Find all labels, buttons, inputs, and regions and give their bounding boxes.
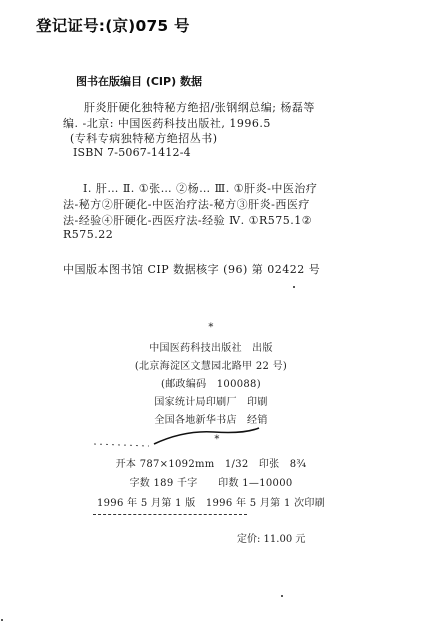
- postcode-line: (邮政编码 100088): [0, 375, 422, 390]
- address-line: (北京海淀区文慧园北路甲 22 号): [0, 357, 422, 372]
- cip-subject-line-2: 法-秘方②肝硬化-中医治疗法-秘方③肝炎-西医疗: [63, 196, 310, 212]
- format-line: 开本 787×1092mm 1/32 印张 8¾: [0, 455, 422, 470]
- isbn: ISBN 7-5067-1412-4: [73, 146, 191, 159]
- divider-rule: [93, 514, 247, 515]
- cip-subject-line-4: R575.22: [63, 228, 113, 241]
- publisher-line: 中国医药科技出版社 出版: [0, 339, 422, 354]
- cip-subject-line-3: 法-经验④肝硬化-西医疗法-经验 Ⅳ. ①R575.1②: [63, 212, 312, 228]
- scan-speck: [281, 595, 283, 597]
- price-line: 定价: 11.00 元: [237, 530, 305, 545]
- edition-line: 1996 年 5 月第 1 版 1996 年 5 月第 1 次印刷: [0, 494, 422, 509]
- separator-star: *: [0, 322, 422, 333]
- registration-number: 登记证号:(京)075 号: [36, 14, 190, 36]
- cip-heading: 图书在版编目 (CIP) 数据: [76, 73, 202, 89]
- scan-speck: [293, 286, 295, 288]
- cip-subject-line-1: Ⅰ. 肝… Ⅱ. ①张… ②杨… Ⅲ. ①肝炎-中医治疗: [83, 180, 317, 196]
- separator-star-2: *: [6, 434, 422, 445]
- printer-line: 国家统计局印刷厂 印刷: [0, 393, 422, 408]
- cip-library-record: 中国版本图书馆 CIP 数据核字 (96) 第 02422 号: [63, 261, 320, 277]
- cip-record-line-2: 编. -北京: 中国医药科技出版社, 1996.5: [63, 115, 271, 131]
- cip-record-line-3: (专科专病独特秘方绝招丛书): [70, 130, 218, 146]
- cip-record-line-1: 肝炎肝硬化独特秘方绝招/张钢纲总编; 杨磊等: [84, 99, 315, 115]
- wordcount-line: 字数 189 千字 印数 1—10000: [0, 474, 422, 489]
